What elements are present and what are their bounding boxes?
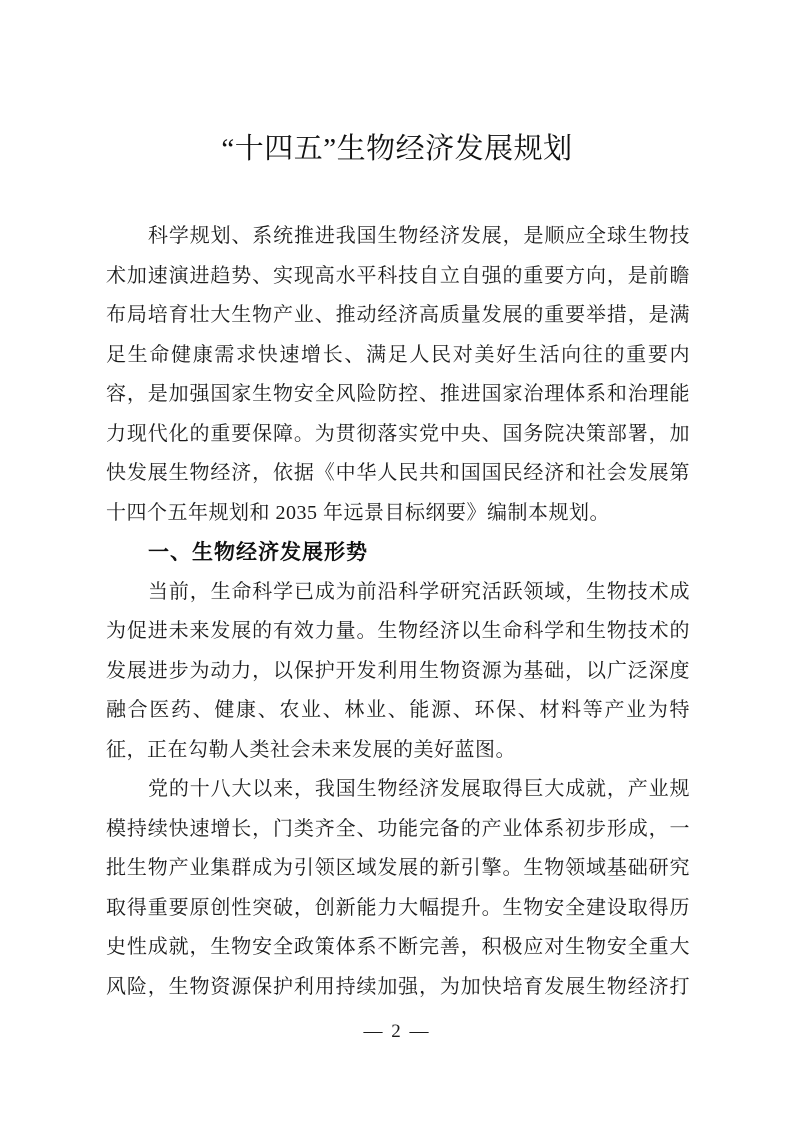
text-line: 融合医药、健康、农业、林业、能源、环保、材料等产业为特 xyxy=(106,691,690,731)
text-line: 术加速演进趋势、实现高水平科技自立自强的重要方向，是前瞻 xyxy=(106,257,690,297)
document-page: “十四五”生物经济发展规划 科学规划、系统推进我国生物经济发展，是顺应全球生物技… xyxy=(0,0,794,1123)
page-number: — 2 — xyxy=(0,1018,794,1046)
document-body: 科学规划、系统推进我国生物经济发展，是顺应全球生物技术加速演进趋势、实现高水平科… xyxy=(106,217,690,1007)
text-line: 取得重要原创性突破，创新能力大幅提升。生物安全建设取得历 xyxy=(106,889,690,929)
text-line: 批生物产业集群成为引领区域发展的新引擎。生物领域基础研究 xyxy=(106,849,690,889)
text-line: 当前，生命科学已成为前沿科学研究活跃领域，生物技术成 xyxy=(106,573,690,613)
text-line: 快发展生物经济，依据《中华人民共和国国民经济和社会发展第 xyxy=(106,454,690,494)
text-line: 发展进步为动力，以保护开发利用生物资源为基础，以广泛深度 xyxy=(106,652,690,692)
section-heading: 一、生物经济发展形势 xyxy=(106,533,690,573)
text-line: 容，是加强国家生物安全风险防控、推进国家治理体系和治理能 xyxy=(106,375,690,415)
text-line: 风险，生物资源保护利用持续加强，为加快培育发展生物经济打 xyxy=(106,968,690,1008)
document-title: “十四五”生物经济发展规划 xyxy=(0,128,794,170)
text-line: 为促进未来发展的有效力量。生物经济以生命科学和生物技术的 xyxy=(106,612,690,652)
text-line: 模持续快速增长，门类齐全、功能完备的产业体系初步形成，一 xyxy=(106,810,690,850)
text-line: 党的十八大以来，我国生物经济发展取得巨大成就，产业规 xyxy=(106,770,690,810)
text-line: 史性成就，生物安全政策体系不断完善，积极应对生物安全重大 xyxy=(106,928,690,968)
text-line: 科学规划、系统推进我国生物经济发展，是顺应全球生物技 xyxy=(106,217,690,257)
text-line: 征，正在勾勒人类社会未来发展的美好蓝图。 xyxy=(106,731,690,771)
text-line: 布局培育壮大生物产业、推动经济高质量发展的重要举措，是满 xyxy=(106,296,690,336)
text-line: 力现代化的重要保障。为贯彻落实党中央、国务院决策部署，加 xyxy=(106,415,690,455)
text-line: 足生命健康需求快速增长、满足人民对美好生活向往的重要内 xyxy=(106,336,690,376)
text-line: 十四个五年规划和 2035 年远景目标纲要》编制本规划。 xyxy=(106,494,690,534)
